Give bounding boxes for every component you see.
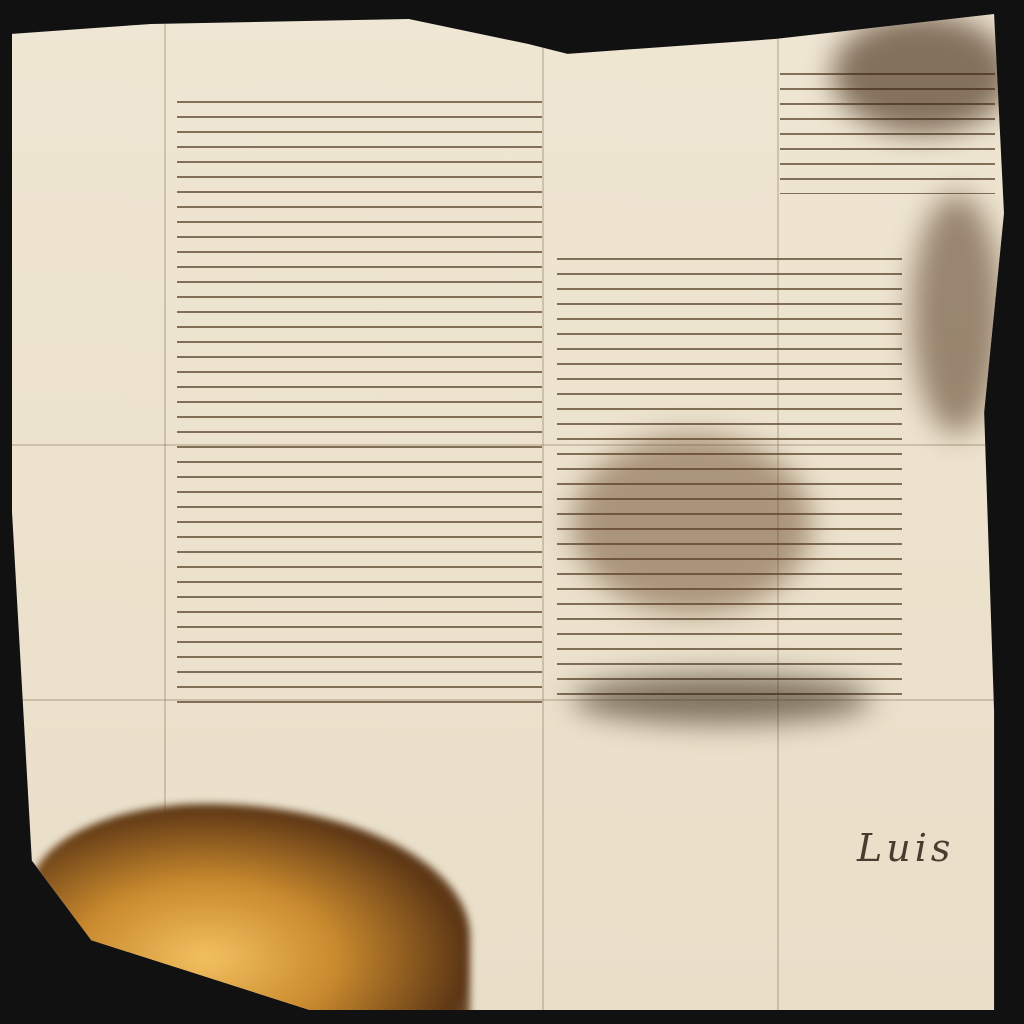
burn-stain	[572, 434, 812, 614]
burn-stain	[832, 14, 1012, 134]
flame-burn-area	[30, 804, 470, 1024]
signature: Luis	[857, 826, 954, 870]
burn-stain	[912, 194, 1002, 434]
manuscript-paper: Luis	[12, 14, 1004, 1010]
burn-stain	[572, 674, 872, 724]
text-block-left	[177, 92, 542, 712]
fold-line	[542, 14, 544, 1010]
